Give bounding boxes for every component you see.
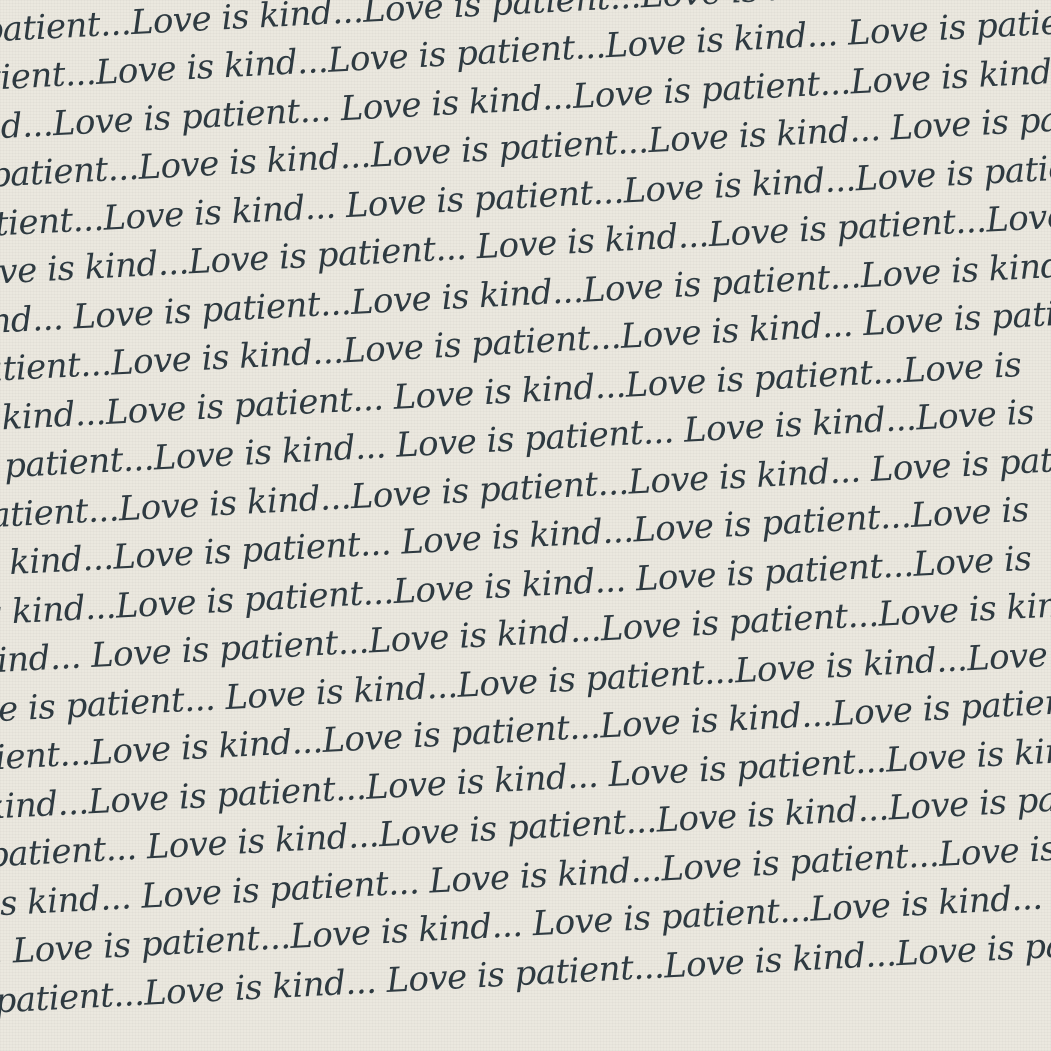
script-text-pattern: kind...Love is patient... Love is kind..… [0,0,1051,1026]
fabric-background: kind...Love is patient... Love is kind..… [0,0,1051,1051]
